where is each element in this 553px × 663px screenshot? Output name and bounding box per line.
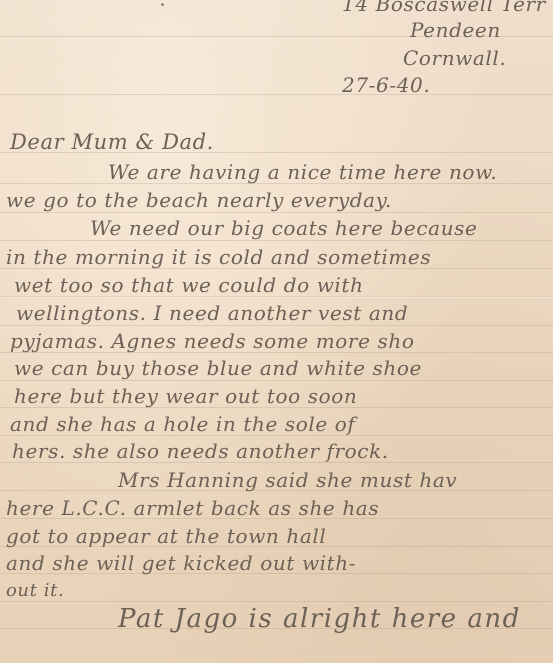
body-line: We are having a nice time here now. bbox=[108, 162, 497, 182]
body-line: we can buy those blue and white shoe bbox=[14, 358, 422, 378]
body-line: in the morning it is cold and sometimes bbox=[6, 247, 431, 267]
ruled-line bbox=[0, 94, 553, 95]
salutation: Dear Mum & Dad. bbox=[10, 132, 214, 153]
ruled-line bbox=[0, 212, 553, 213]
body-line: wet too so that we could do with bbox=[14, 275, 364, 295]
body-line: pyjamas. Agnes needs some more sho bbox=[10, 331, 414, 351]
address-line-3: Cornwall. bbox=[403, 48, 506, 68]
ruled-line bbox=[0, 601, 553, 602]
address-line-2: Pendeen bbox=[410, 20, 501, 40]
body-line: wellingtons. I need another vest and bbox=[16, 303, 408, 323]
body-line: we go to the beach nearly everyday. bbox=[6, 190, 392, 210]
ink-speck bbox=[161, 3, 164, 6]
body-line: Mrs Hanning said she must hav bbox=[118, 470, 457, 490]
body-line: out it. bbox=[6, 582, 64, 600]
body-line: and she will get kicked out with- bbox=[6, 553, 356, 573]
letter-date: 27-6-40. bbox=[342, 75, 430, 95]
ruled-line bbox=[0, 380, 553, 381]
body-line: hers. she also needs another frock. bbox=[12, 441, 389, 461]
closing-line: Pat Jago is alright here and bbox=[118, 606, 521, 632]
body-line: here but they wear out too soon bbox=[14, 386, 357, 406]
body-line: here L.C.C. armlet back as she has bbox=[6, 498, 379, 518]
ruled-line bbox=[0, 240, 553, 241]
address-line-1: 14 Boscaswell Terr bbox=[342, 0, 546, 14]
body-line: and she has a hole in the sole of bbox=[10, 414, 355, 434]
body-line: got to appear at the town hall bbox=[6, 526, 326, 546]
ruled-line bbox=[0, 325, 553, 326]
body-line: We need our big coats here because bbox=[90, 218, 477, 238]
letter-page: 14 Boscaswell Terr Pendeen Cornwall. 27-… bbox=[0, 0, 553, 663]
